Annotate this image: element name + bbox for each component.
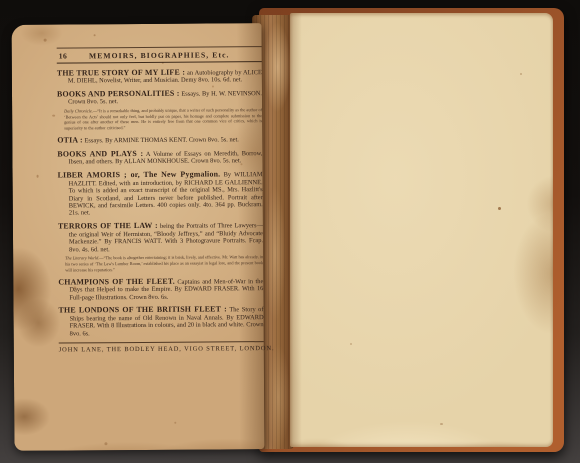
page-header: 16 MEMOIRS, BIOGRAPHIES, Etc. [57,46,262,63]
paper-speck [520,73,522,75]
open-book-photo: 16 MEMOIRS, BIOGRAPHIES, Etc. THE TRUE S… [0,0,580,463]
paper-speck [94,34,96,36]
paper-speck [37,175,39,178]
catalog-entry: THE TRUE STORY OF MY LIFE : an Autobiogr… [57,67,262,85]
paper-speck [350,343,352,345]
entry-title: TERRORS OF THE LAW : [58,221,158,231]
quote-text: —“It is a remarkable thing, and probably… [64,107,262,130]
catalog-entry: BOOKS AND PERSONALITIES : Essays. By H. … [57,88,262,106]
press-quote: The Literary World.—“The book is altoget… [58,255,263,273]
catalog-entry: THE LONDONS OF THE BRITISH FLEET : The S… [58,305,263,338]
paper-speck [498,207,501,210]
paper-speck [440,423,443,425]
entry-title: BOOKS AND PLAYS : [57,149,143,159]
paper-speck [44,39,47,42]
paper-speck [52,115,55,117]
quote-source: Daily Chronicle. [64,108,93,113]
right-blank-page [290,13,553,447]
catalog-entry: LIBER AMORIS ; or, The New Pygmalion. By… [58,169,263,217]
entry-body: Essays. By ARMINE THOMAS KENT. Crown 8vo… [84,136,238,144]
catalog-entry: TERRORS OF THE LAW : being the Portraits… [58,220,263,253]
paper-speck [174,422,176,424]
catalog-entry: OTIA : Essays. By ARMINE THOMAS KENT. Cr… [57,134,262,145]
quote-source: The Literary World. [65,256,99,261]
page-header-title: MEMOIRS, BIOGRAPHIES, Etc. [89,50,230,60]
catalog-entry: CHAMPIONS OF THE FLEET. Captains and Men… [58,276,263,302]
paper-speck [104,442,107,445]
imprint-rule [59,341,264,343]
press-quote: Daily Chronicle.—“It is a remarkable thi… [57,107,262,131]
publisher-imprint: JOHN LANE, THE BODLEY HEAD, VIGO STREET,… [59,345,264,353]
page-number: 16 [59,51,68,60]
page-content: 16 MEMOIRS, BIOGRAPHIES, Etc. THE TRUE S… [57,46,264,353]
left-catalog-page: 16 MEMOIRS, BIOGRAPHIES, Etc. THE TRUE S… [12,23,265,451]
entry-title: THE TRUE STORY OF MY LIFE : [57,67,185,77]
catalog-entry: BOOKS AND PLAYS : A Volume of Essays on … [57,148,262,166]
entry-title: BOOKS AND PERSONALITIES : [57,89,180,99]
entry-title: CHAMPIONS OF THE FLEET. [58,276,175,286]
entry-title: OTIA : [57,135,83,144]
